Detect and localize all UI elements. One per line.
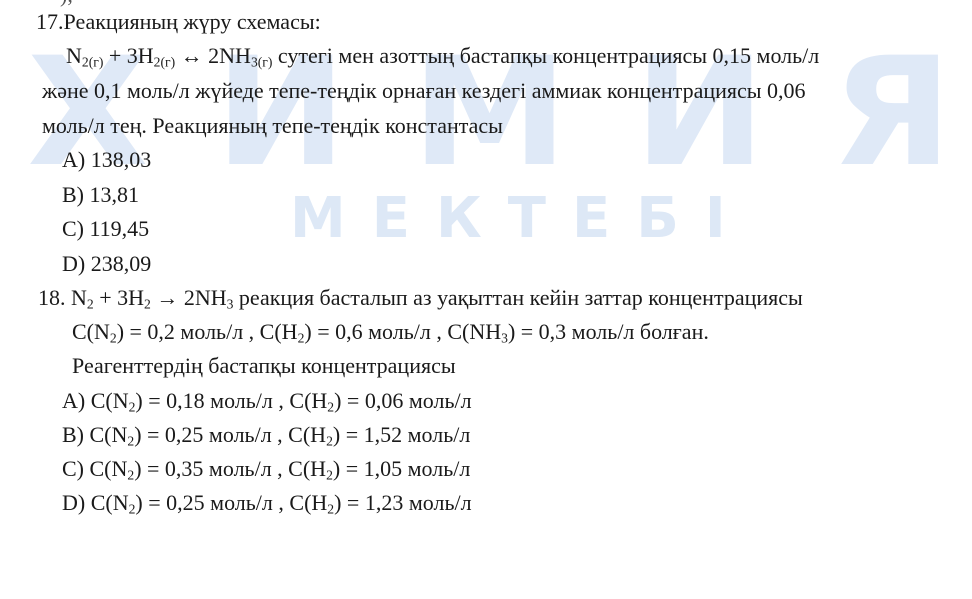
eq-sub: 2 xyxy=(326,433,333,448)
option-text: B) C(N xyxy=(62,422,127,447)
conc-text: C(N xyxy=(72,319,110,344)
eq-text: + 3H xyxy=(103,43,153,68)
option-letter: A) xyxy=(62,147,85,172)
q18-option-b[interactable]: B) C(N2) = 0,25 моль/л , C(H2) = 1,52 мо… xyxy=(62,421,470,449)
conc-text: ) = 0,6 моль/л , C(NH xyxy=(304,319,501,344)
option-text: ) = 1,23 моль/л xyxy=(334,490,471,515)
eq-sub: 2(г) xyxy=(154,54,175,69)
option-text: D) C(N xyxy=(62,490,129,515)
q17-option-d[interactable]: D) 238,09 xyxy=(62,250,151,278)
option-text: ) = 1,52 моль/л xyxy=(333,422,470,447)
option-text: C) C(N xyxy=(62,456,127,481)
q18-option-a[interactable]: A) C(N2) = 0,18 моль/л , C(H2) = 0,06 мо… xyxy=(62,387,472,415)
cut-off-text: ), xyxy=(60,0,73,8)
watermark-letter: Я xyxy=(832,38,953,188)
conc-text: ) = 0,3 моль/л болған. xyxy=(508,319,709,344)
eq-sub: 2 xyxy=(326,467,333,482)
eq-sub: 3 xyxy=(501,330,508,345)
q17-line3: моль/л тең. Реакцияның тепе-теңдік конст… xyxy=(42,112,503,140)
q18-line2: C(N2) = 0,2 моль/л , C(H2) = 0,6 моль/л … xyxy=(72,318,709,346)
option-text: ) = 0,35 моль/л , C(H xyxy=(134,456,326,481)
eq-sub: 2 xyxy=(144,296,151,311)
option-text: 13,81 xyxy=(90,182,140,207)
question-number: 18. xyxy=(38,285,66,310)
eq-text: ↔ 2NH xyxy=(175,43,251,68)
eq-sub: 3(г) xyxy=(251,54,272,69)
option-text: ) = 0,18 моль/л , C(H xyxy=(135,388,327,413)
eq-text: → 2NH xyxy=(151,285,227,310)
option-text: 138,03 xyxy=(91,147,152,172)
eq-text: + 3H xyxy=(94,285,144,310)
q17-title: 17.Реакцияның жүру схемасы: xyxy=(36,8,321,36)
eq-sub: 2 xyxy=(110,330,117,345)
option-letter: D) xyxy=(62,251,85,276)
option-text: 119,45 xyxy=(90,216,150,241)
question-number: 17. xyxy=(36,9,64,34)
conc-text: ) = 0,2 моль/л , C(H xyxy=(117,319,298,344)
q17-option-b[interactable]: B) 13,81 xyxy=(62,181,139,209)
option-letter: C) xyxy=(62,216,84,241)
watermark-mektebi: МЕКТЕБІ xyxy=(290,189,752,249)
eq-text: N xyxy=(66,43,82,68)
q17-line2: және 0,1 моль/л жүйеде тепе-теңдік орнағ… xyxy=(42,77,806,105)
eq-sub: 2 xyxy=(87,296,94,311)
q18-option-d[interactable]: D) C(N2) = 0,25 моль/л , C(H2) = 1,23 мо… xyxy=(62,489,472,517)
q17-line1: N2(г) + 3H2(г) ↔ 2NH3(г) сутегі мен азот… xyxy=(66,42,819,70)
option-letter: B) xyxy=(62,182,84,207)
q18-line3: Реагенттердің бастапқы концентрациясы xyxy=(72,352,456,380)
q17-option-a[interactable]: A) 138,03 xyxy=(62,146,151,174)
option-text: ) = 0,06 моль/л xyxy=(334,388,471,413)
question-text: сутегі мен азоттың бастапқы концентрация… xyxy=(272,43,819,68)
q17-option-c[interactable]: C) 119,45 xyxy=(62,215,149,243)
eq-sub: 2(г) xyxy=(82,54,103,69)
q18-option-c[interactable]: C) C(N2) = 0,35 моль/л , C(H2) = 1,05 мо… xyxy=(62,455,470,483)
option-text: A) C(N xyxy=(62,388,129,413)
question-title: Реакцияның жүру схемасы: xyxy=(64,9,321,34)
eq-text: N xyxy=(71,285,87,310)
option-text: ) = 0,25 моль/л , C(H xyxy=(135,490,327,515)
option-text: ) = 1,05 моль/л xyxy=(333,456,470,481)
option-text: ) = 0,25 моль/л , C(H xyxy=(134,422,326,447)
question-text: реакция басталып аз уақыттан кейін затта… xyxy=(233,285,802,310)
option-text: 238,09 xyxy=(91,251,152,276)
q18-line1: 18. N2 + 3H2 → 2NH3 реакция басталып аз … xyxy=(38,284,803,312)
